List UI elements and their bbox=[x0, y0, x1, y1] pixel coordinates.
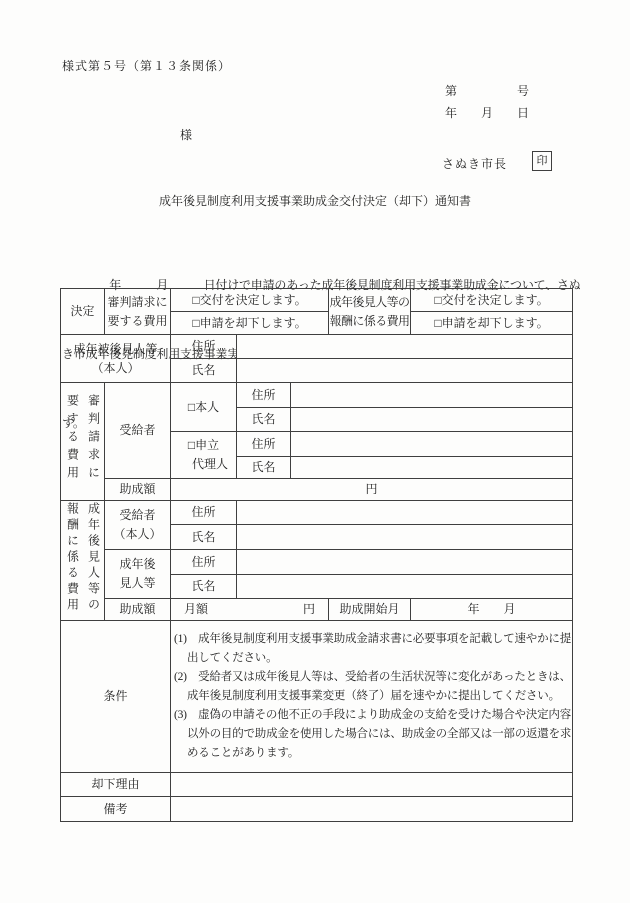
form-number: 様式第５号（第１３条関係） bbox=[62, 57, 231, 74]
field-ward-address bbox=[237, 335, 573, 359]
cell-ward-label: 成年被後見人等 （本人） bbox=[61, 335, 171, 383]
checkbox-court-grant: □交付を決定します。 bbox=[171, 289, 329, 312]
issuer-name: さぬき市長 bbox=[442, 155, 507, 172]
cell-court-subsidy-label: 助成額 bbox=[105, 479, 171, 501]
monthly-amount-label: 月額 bbox=[184, 600, 208, 619]
court-cost-line1: 審判請求に bbox=[105, 293, 170, 312]
checkbox-himself: □本人 bbox=[171, 383, 237, 432]
date-line: 年 月 日 bbox=[445, 104, 529, 121]
court-cost-line2: 要する費用 bbox=[105, 312, 170, 331]
field-ward-name bbox=[237, 359, 573, 383]
cell-agent-name-label: 氏名 bbox=[237, 457, 291, 479]
field-rejection-reason bbox=[171, 773, 573, 797]
cell-guardian-label: 成年後 見人等 bbox=[105, 550, 171, 599]
seal-stamp-icon: 印 bbox=[532, 151, 552, 171]
checkbox-reward-reject: □申請を却下します。 bbox=[411, 312, 573, 335]
checkbox-court-reject: □申請を却下します。 bbox=[171, 312, 329, 335]
agent-line1: □申立 bbox=[171, 436, 236, 455]
notice-form-table: 決定 審判請求に 要する費用 □交付を決定します。 成年後見人等の 報酬に係る費… bbox=[60, 288, 573, 822]
condition-item-3: (3) 虚偽の申請その他不正の手段により助成金の支給を受けた場合や決定内容以外の… bbox=[171, 706, 572, 763]
cell-court-cost-label: 審判請求に 要する費用 bbox=[105, 289, 171, 335]
cell-himself-name-label: 氏名 bbox=[237, 408, 291, 432]
monthly-amount-yen: 円 bbox=[303, 600, 315, 619]
cell-recipient-label: 受給者 bbox=[105, 383, 171, 479]
cell-ward-name-label: 氏名 bbox=[171, 359, 237, 383]
cell-rejection-reason-label: 却下理由 bbox=[61, 773, 171, 797]
checkbox-reward-grant: □交付を決定します。 bbox=[411, 289, 573, 312]
field-recipient-self-name bbox=[237, 525, 573, 550]
cell-start-year-month: 年 月 bbox=[411, 599, 573, 621]
field-agent-address bbox=[291, 432, 573, 457]
ward-line1: 成年被後見人等 bbox=[61, 340, 170, 359]
field-remarks bbox=[171, 797, 573, 822]
ward-line2: （本人） bbox=[61, 359, 170, 378]
cell-reward-section-label: 成年後見人等の報酬に係る費用 bbox=[61, 501, 105, 621]
guardian-line1: 成年後 bbox=[105, 555, 170, 574]
document-number-line: 第 号 bbox=[445, 82, 529, 99]
recipient-self-line2: （本人） bbox=[105, 525, 170, 544]
cell-start-month-label: 助成開始月 bbox=[329, 599, 411, 621]
cell-recipient-self-name-label: 氏名 bbox=[171, 525, 237, 550]
cell-recipient-self-address-label: 住所 bbox=[171, 501, 237, 525]
field-himself-address bbox=[291, 383, 573, 408]
cell-conditions-label: 条件 bbox=[61, 621, 171, 773]
document-title: 成年後見制度利用支援事業助成金交付決定（却下）通知書 bbox=[0, 192, 630, 209]
condition-item-2: (2) 受給者又は成年後見人等は、受給者の生活状況等に変化があったときは、成年後… bbox=[171, 668, 572, 706]
agent-line2: 代理人 bbox=[171, 455, 236, 474]
cell-agent-address-label: 住所 bbox=[237, 432, 291, 457]
cell-himself-address-label: 住所 bbox=[237, 383, 291, 408]
cell-court-section-label: 審判請求に要する費用 bbox=[61, 383, 105, 501]
cell-remarks-label: 備考 bbox=[61, 797, 171, 822]
cell-reward-cost-label: 成年後見人等の 報酬に係る費用 bbox=[329, 289, 411, 335]
cell-monthly-amount: 月額 円 bbox=[171, 599, 329, 621]
checkbox-agent: □申立 代理人 bbox=[171, 432, 237, 479]
document-page: 様式第５号（第１３条関係） 第 号 年 月 日 様 さぬき市長 印 成年後見制度… bbox=[0, 0, 630, 903]
field-agent-name bbox=[291, 457, 573, 479]
addressee-sama: 様 bbox=[180, 126, 192, 143]
cell-ward-address-label: 住所 bbox=[171, 335, 237, 359]
reward-cost-line1: 成年後見人等の bbox=[329, 293, 410, 312]
cell-decision-label: 決定 bbox=[61, 289, 105, 335]
guardian-line2: 見人等 bbox=[105, 574, 170, 593]
reward-section-vertical-label: 成年後見人等の報酬に係る費用 bbox=[62, 501, 104, 614]
cell-conditions-body: (1) 成年後見制度利用支援事業助成金請求書に必要事項を記載して速やかに提出して… bbox=[171, 621, 573, 773]
cell-reward-subsidy-label: 助成額 bbox=[105, 599, 171, 621]
recipient-self-line1: 受給者 bbox=[105, 506, 170, 525]
reward-cost-line2: 報酬に係る費用 bbox=[329, 312, 410, 331]
cell-recipient-self-label: 受給者 （本人） bbox=[105, 501, 171, 550]
field-guardian-address bbox=[237, 550, 573, 575]
field-court-subsidy-yen: 円 bbox=[171, 479, 573, 501]
field-recipient-self-address bbox=[237, 501, 573, 525]
court-section-vertical-label: 審判請求に要する費用 bbox=[62, 392, 104, 486]
field-himself-name bbox=[291, 408, 573, 432]
cell-guardian-name-label: 氏名 bbox=[171, 575, 237, 599]
field-guardian-name bbox=[237, 575, 573, 599]
condition-item-1: (1) 成年後見制度利用支援事業助成金請求書に必要事項を記載して速やかに提出して… bbox=[171, 630, 572, 668]
cell-guardian-address-label: 住所 bbox=[171, 550, 237, 575]
